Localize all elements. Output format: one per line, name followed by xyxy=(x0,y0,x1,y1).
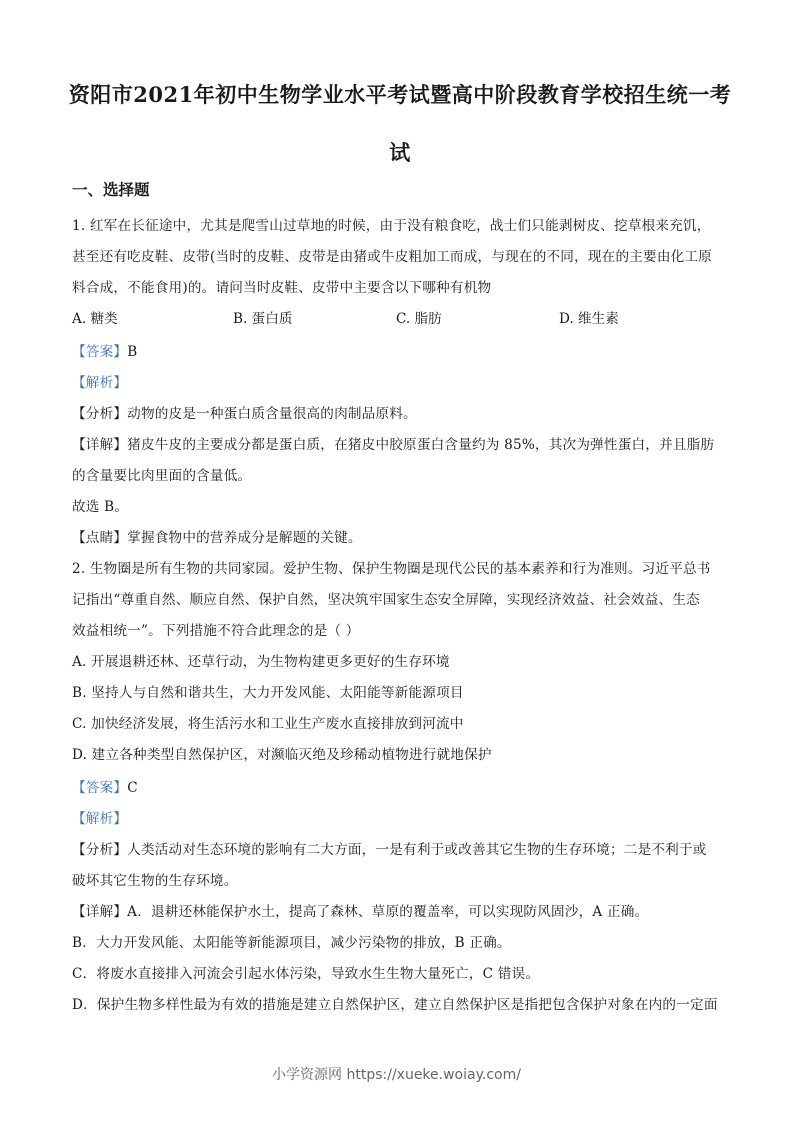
q2-answer: 【答案】C xyxy=(72,776,138,796)
q2-explanation-line-4: B．大力开发风能、太阳能等新能源项目，减少污染物的排放，B 正确。 xyxy=(72,931,511,951)
q2-explanation-line-3: 【详解】A．退耕还林能保护水土，提高了森林、草原的覆盖率，可以实现防风固沙，A … xyxy=(72,900,648,920)
q2-explanation-line-5: C．将废水直接排入河流会引起水体污染，导致水生生物大量死亡，C 错误。 xyxy=(72,962,539,982)
q1-option-d: D. 维生素 xyxy=(559,307,619,327)
q1-option-c: C. 脂肪 xyxy=(396,307,442,327)
answer-label: 【答案】 xyxy=(72,780,127,796)
q1-explanation-line-3: 的含量要比肉里面的含量低。 xyxy=(72,464,251,484)
q2-option-c: C. 加快经济发展，将生活污水和工业生产废水直接排放到河流中 xyxy=(72,712,464,732)
q1-analysis-label: 【解析】 xyxy=(72,371,127,391)
title-line-1: 资阳市2021年初中生物学业水平考试暨高中阶段教育学校招生统一考 xyxy=(60,66,740,124)
page-title: 资阳市2021年初中生物学业水平考试暨高中阶段教育学校招生统一考 试 xyxy=(60,66,740,182)
q2-stem-line-1: 2. 生物圈是所有生物的共同家园。爱护生物、保护生物圈是现代公民的基本素养和行为… xyxy=(72,557,711,577)
q1-explanation-line-5: 【点睛】掌握食物中的营养成分是解题的关键。 xyxy=(72,526,362,546)
q2-explanation-line-1: 【分析】人类活动对生态环境的影响有二大方面，一是有利于或改善其它生物的生存环境；… xyxy=(72,838,707,858)
answer-label: 【答案】 xyxy=(72,344,127,360)
answer-value: C xyxy=(127,780,138,796)
q1-option-a: A. 糖类 xyxy=(72,307,118,327)
q1-answer: 【答案】B xyxy=(72,340,137,360)
title-line-2: 试 xyxy=(60,124,740,182)
q2-option-a: A. 开展退耕还林、还草行动，为生物构建更多更好的生存环境 xyxy=(72,650,450,670)
q1-explanation-line-1: 【分析】动物的皮是一种蛋白质含量很高的肉制品原料。 xyxy=(72,402,417,422)
q2-option-d: D. 建立各种类型自然保护区，对濒临灭绝及珍稀动植物进行就地保护 xyxy=(72,743,492,763)
q2-explanation-line-2: 破坏其它生物的生存环境。 xyxy=(72,869,238,889)
footer-watermark: 小学资源网 https://xueke.woiay.com/ xyxy=(0,1064,793,1084)
q2-stem-line-2: 记指出“尊重自然、顺应自然、保护自然，坚决筑牢国家生态安全屏障，实现经济效益、社… xyxy=(72,588,700,608)
q2-explanation-line-6: D．保护生物多样性最为有效的措施是建立自然保护区，建立自然保护区是指把包含保护对… xyxy=(72,993,718,1013)
q1-explanation-line-4: 故选 B。 xyxy=(72,495,128,515)
q2-option-b: B. 坚持人与自然和谐共生，大力开发风能、太阳能等新能源项目 xyxy=(72,681,464,701)
answer-value: B xyxy=(127,344,137,360)
q2-stem-line-3: 效益相统一”。下列措施不符合此理念的是（ ） xyxy=(72,619,360,639)
q1-stem-line-2: 甚至还有吃皮鞋、皮带(当时的皮鞋、皮带是由猪或牛皮粗加工而成，与现在的不同，现在… xyxy=(72,245,712,265)
q1-stem-line-1: 1. 红军在长征途中，尤其是爬雪山过草地的时候，由于没有粮食吃，战士们只能剥树皮… xyxy=(72,214,711,234)
q2-analysis-label: 【解析】 xyxy=(72,807,127,827)
section-heading: 一、选择题 xyxy=(72,178,150,200)
q1-explanation-line-2: 【详解】猪皮牛皮的主要成分都是蛋白质，在猪皮中胶原蛋白含量约为 85%，其次为弹… xyxy=(72,433,714,453)
q1-stem-line-3: 料合成，不能食用)的。请问当时皮鞋、皮带中主要含以下哪种有机物 xyxy=(72,276,491,296)
q1-option-b: B. 蛋白质 xyxy=(233,307,292,327)
